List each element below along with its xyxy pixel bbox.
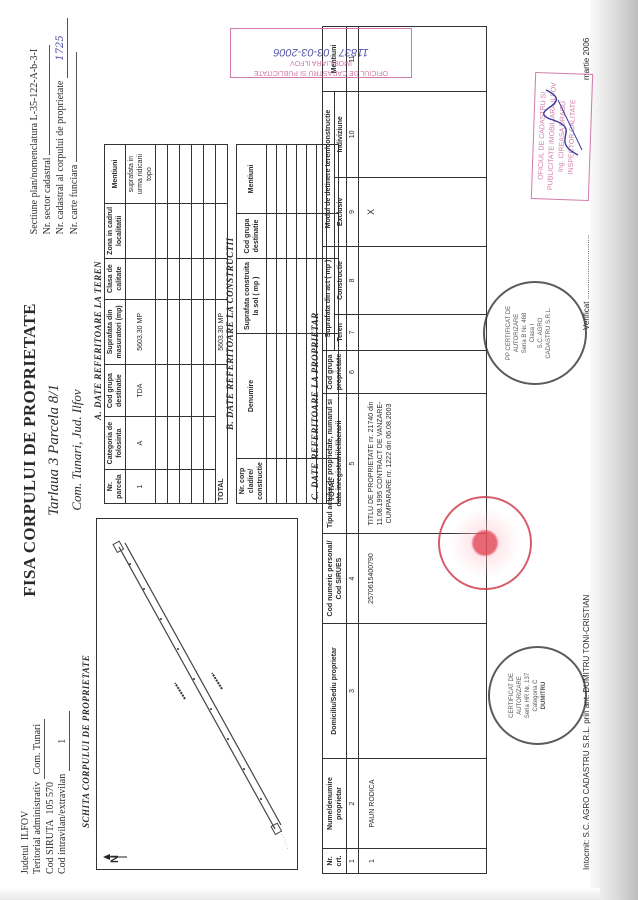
col-clasa: Clasa de calitate [105, 258, 126, 299]
col-suprafata: Suprafata din masuratori (mp) [105, 299, 126, 365]
prepared-by: Intocmit: S.C. AGRO CADASTRU S.R.L. prin… [582, 595, 591, 870]
land-table: Nr. parcela Categoria de folosinta Cod g… [104, 144, 228, 504]
constructions-table-header: Nr. corp cladire/ constructie Denumire S… [237, 145, 267, 504]
carte-line: Nr. carte funciara [68, 18, 81, 234]
exclusive-mark: X [359, 177, 487, 246]
owners-table-header: Nr. crt. Nume/denumire proprietar Domici… [323, 27, 335, 874]
col-cod-grupa: Cod grupa destinatie [105, 365, 126, 417]
ministry-certificate-stamp: CERTIFICAT DE AUTORIZARE Seria HR Nr. 13… [488, 646, 587, 745]
sketch-title: SCHITA CORPULUI DE PROPRIETATE [81, 655, 91, 828]
table-row-empty [180, 145, 192, 504]
section-a-title: A. DATE REFERITOARE LA TEREN [93, 261, 103, 420]
table-row: 1 A TDA 5603.30 MP suprafata in urma rid… [126, 145, 156, 504]
owner-name: PAUN RODICA [359, 759, 487, 849]
col-mentiuni: Mentiuni [105, 145, 126, 204]
table-row-empty [297, 145, 307, 504]
section-b-title: B. DATE REFERITOARE LA CONSTRUCTII [225, 237, 235, 430]
signature [538, 80, 588, 160]
parcel-sketch: · · · · · · · · N [96, 518, 298, 870]
col-zona: Zona in cadrul localitatii [105, 204, 126, 258]
col-nr-parcela: Nr. parcela [105, 470, 126, 504]
parcel-drawing: · · · · · · · · [97, 519, 297, 869]
ancpi-authorization-stamp: PP CERTIFICAT DE AUTORIZARE Seria B Nr. … [483, 281, 587, 385]
sectiune-line: Sectiune plan/nomenclatura L-35-122-A-b-… [28, 18, 41, 234]
north-label: N [109, 855, 121, 863]
registry-entry-stamp: OFICIUL DE CADASTRU SI PUBLICITATE IMOBI… [230, 28, 412, 78]
table-row-empty [277, 145, 287, 504]
col-categoria: Categoria de folosinta [105, 417, 126, 470]
table-row: 1 PAUN RODICA 2570615400790 TITLU DE PRO… [359, 27, 487, 874]
table-row-empty [287, 145, 297, 504]
section-c-title: C. DATE REFERITOARE LA PROPRIETAR [310, 312, 320, 500]
table-row-empty [204, 145, 216, 504]
property-sheet-page: Judetul ILFOV Teritorial administrativ C… [18, 10, 608, 890]
sector-line: Nr. sector cadastral [41, 18, 54, 234]
table-row-empty [267, 145, 277, 504]
owners-column-numbers: 1 2 3 4 5 6 7 8 9 10 11 [347, 27, 359, 874]
table-row-empty [168, 145, 180, 504]
svg-text:· · · · · · · ·: · · · · · · · · [277, 826, 291, 850]
table-row-empty [156, 145, 168, 504]
table-row-empty [192, 145, 204, 504]
header-right: Sectiune plan/nomenclatura L-35-122-A-b-… [28, 18, 81, 234]
owners-table: Nr. crt. Nume/denumire proprietar Domici… [322, 26, 487, 874]
land-table-header: Nr. parcela Categoria de folosinta Cod g… [105, 145, 126, 504]
red-official-stamp [438, 496, 532, 590]
cadastral-line: Nr. cadastral al corpului de proprietate… [54, 18, 68, 234]
